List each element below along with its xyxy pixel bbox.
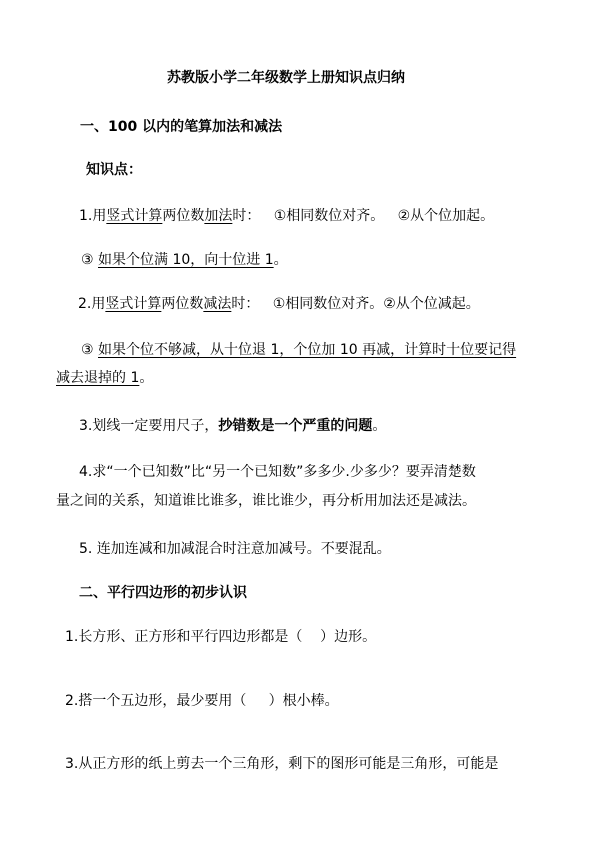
section1-item4-line1: 4.求“一个已知数”比“另一个已知数”多多少.少多少？要弄清楚数: [79, 462, 476, 482]
text: 两位数: [162, 208, 204, 224]
underlined-text: 减去退掉的 1: [56, 370, 139, 386]
section1-item5: 5. 连加连减和加减混合时注意加减号。不要混乱。: [79, 539, 391, 559]
text: ③: [81, 342, 98, 358]
section2-item3: 3.从正方形的纸上剪去一个三角形，剩下的图形可能是三角形，可能是: [65, 754, 498, 774]
text: 时： ①相同数位对齐。 ②从个位加起。: [232, 208, 494, 224]
underlined-text: 如果个位满 10，向十位进 1: [98, 252, 274, 268]
section1-item1-point3: ③ 如果个位满 10，向十位进 1。: [81, 250, 288, 270]
section2-heading: 二、平行四边形的初步认识: [79, 583, 247, 603]
section2-item2: 2.搭一个五边形，最少要用（ ）根小棒。: [65, 691, 339, 711]
underlined-text: 竖式计算: [106, 208, 162, 224]
underlined-text: 如果个位不够减，从十位退 1，个位加 10 再减，计算时十位要记得: [98, 342, 516, 358]
underlined-text: 减法: [203, 296, 231, 312]
section1-item2-point3: ③ 如果个位不够减，从十位退 1，个位加 10 再减，计算时十位要记得: [81, 340, 516, 360]
text: 3.划线一定要用尺子，: [79, 418, 218, 434]
section2-item1: 1.长方形、正方形和平行四边形都是（ ）边形。: [65, 627, 376, 647]
bold-text: 抄错数是一个严重的问题: [218, 418, 372, 434]
text: 。: [274, 252, 288, 268]
text: 。: [139, 370, 153, 386]
text: 1.用: [79, 208, 106, 224]
section1-item1: 1.用竖式计算两位数加法时： ①相同数位对齐。 ②从个位加起。: [79, 206, 494, 226]
section1-item4-line2: 量之间的关系，知道谁比谁多，谁比谁少，再分析用加法还是减法。: [56, 491, 476, 511]
text: 时： ①相同数位对齐。②从个位减起。: [231, 296, 479, 312]
underlined-text: 加法: [204, 208, 232, 224]
text: ③: [81, 252, 98, 268]
section1-item3: 3.划线一定要用尺子，抄错数是一个严重的问题。: [79, 416, 386, 436]
section1-item2: 2.用竖式计算两位数减法时： ①相同数位对齐。②从个位减起。: [78, 294, 480, 314]
document-title: 苏教版小学二年级数学上册知识点归纳: [167, 68, 405, 88]
text: 两位数: [161, 296, 203, 312]
knowledge-points-label: 知识点：: [86, 160, 142, 180]
underlined-text: 竖式计算: [105, 296, 161, 312]
section1-heading: 一、100 以内的笔算加法和减法: [80, 117, 282, 137]
section1-item2-point3-cont: 减去退掉的 1。: [56, 368, 153, 388]
text: 2.用: [78, 296, 105, 312]
text: 。: [372, 418, 386, 434]
